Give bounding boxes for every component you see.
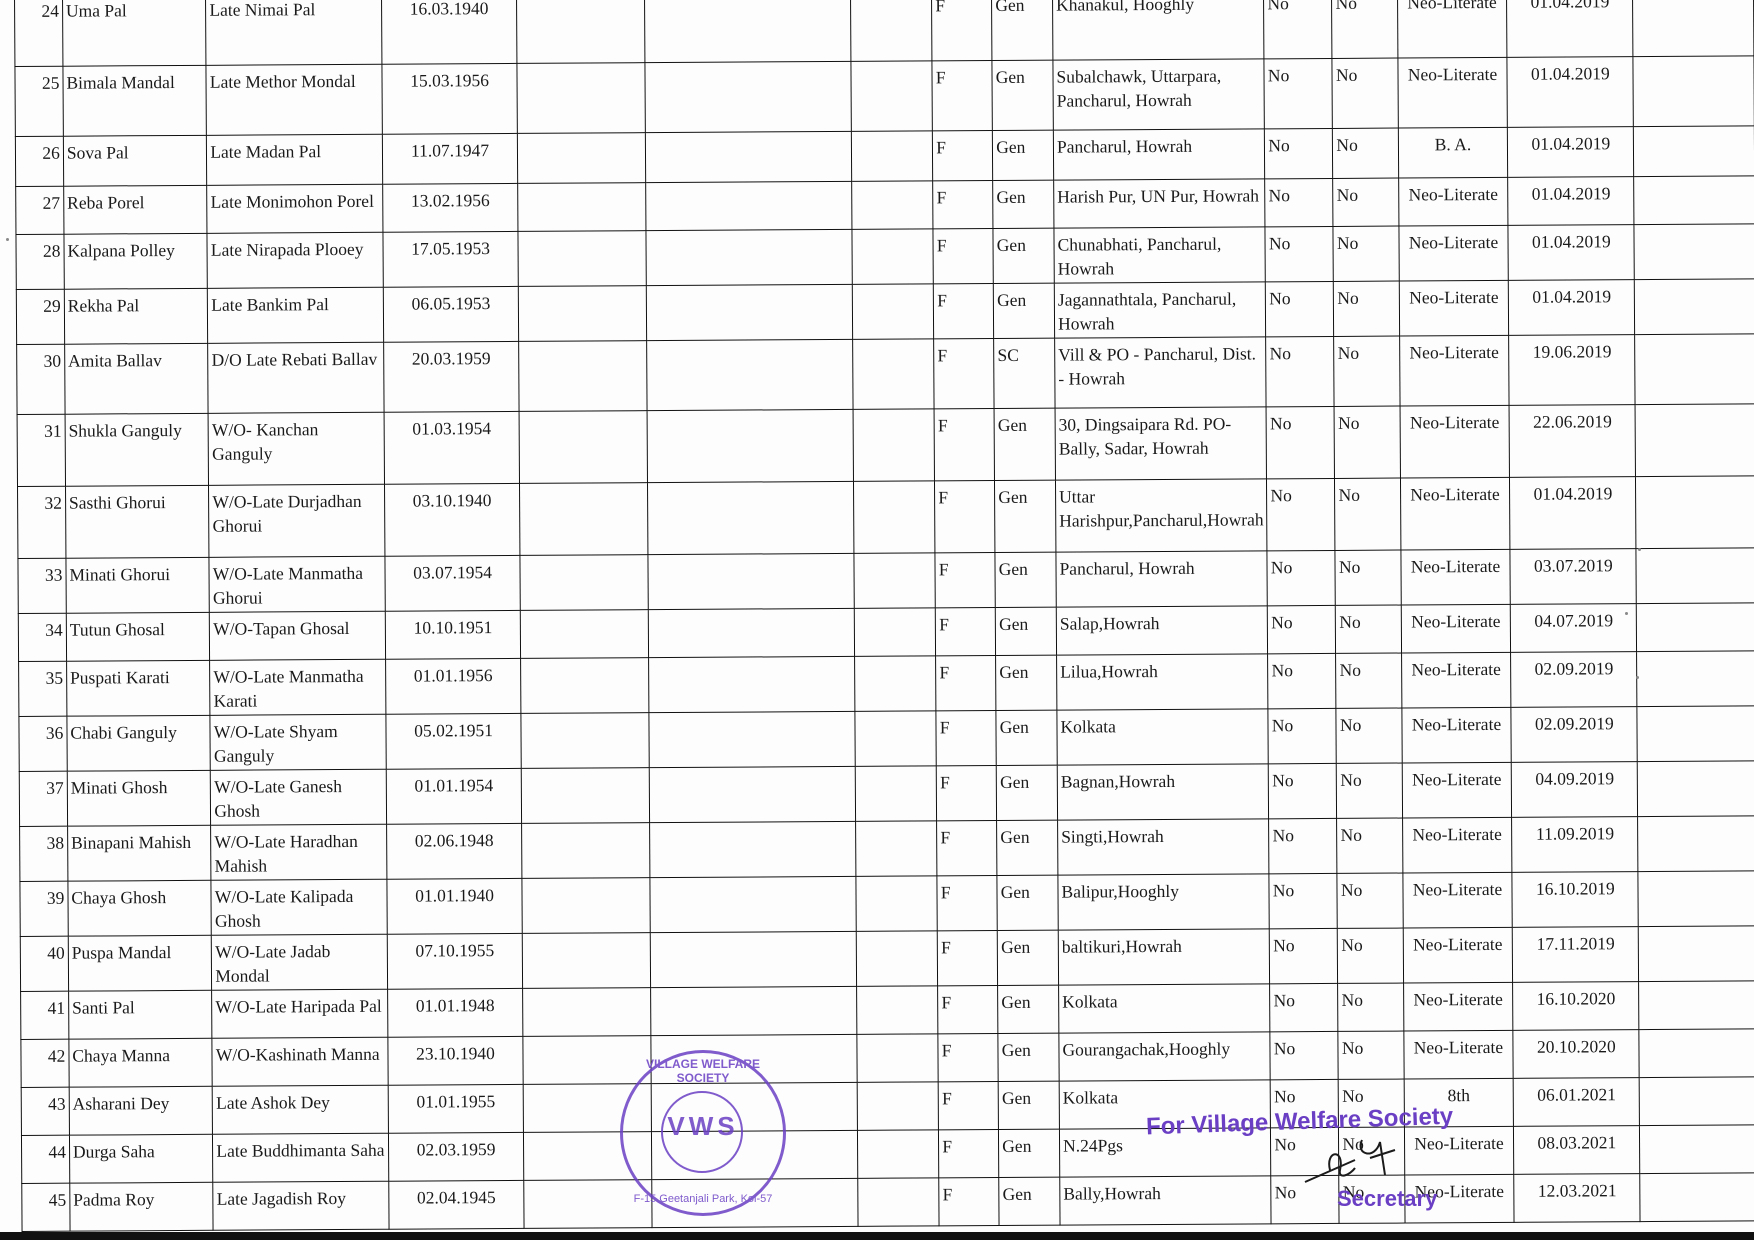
category-cell: Gen [995,607,1056,655]
blank-col-cell [858,1178,940,1226]
date-of-birth-cell: 02.03.1959 [388,1132,524,1181]
admission-date-cell: 01.04.2019 [1508,177,1634,226]
education-cell: Neo-Literate [1403,872,1513,928]
member-name-cell: Sasthi Ghorui [65,485,209,558]
guardian-name-cell: Late Ashok Dey [212,1085,388,1134]
member-name-cell: Sova Pal [63,135,207,186]
member-name-cell: Amita Ballav [64,343,208,414]
col-no-2-cell: No [1335,550,1401,605]
blank-col-cell [854,656,936,711]
remarks-cell [1633,0,1754,57]
category-cell: Gen [996,710,1057,765]
serial-number-cell: 35 [19,661,67,716]
col-no-1-cell: No [1268,653,1336,708]
col-no-2-cell: No [1337,873,1403,928]
serial-number-cell: 38 [20,826,68,881]
remarks-cell [1634,224,1754,280]
guardian-name-cell: Late Nimai Pal [206,0,382,65]
col-no-2-cell: No [1335,478,1401,550]
date-of-birth-cell: 13.02.1956 [382,183,518,232]
guardian-name-cell: D/O Late Rebati Ballav [208,342,384,413]
address-cell: Gourangachak,Hooghly [1059,1032,1271,1081]
date-of-birth-cell: 02.06.1948 [386,823,522,879]
guardian-name-cell: W/O-Late Ganesh Ghosh [211,769,387,825]
blank-col-cell [519,286,647,342]
blank-col-cell [648,409,854,482]
admission-date-cell: 12.03.2021 [1514,1174,1640,1223]
col-no-2-cell: No [1336,653,1402,708]
col-no-1-cell: No [1269,763,1337,818]
category-cell: Gen [998,985,1059,1033]
date-of-birth-cell: 10.10.1951 [385,610,521,659]
serial-number-cell: 45 [22,1183,70,1231]
blank-col-cell [851,131,933,181]
category-cell: Gen [998,1081,1059,1129]
sex-cell: F [937,766,997,821]
blank-col-cell [647,284,853,340]
remarks-cell [1639,981,1754,1030]
education-cell: Neo-Literate [1400,405,1510,478]
member-name-cell: Reba Porel [64,185,208,234]
category-cell: Gen [996,655,1057,710]
blank-col-cell [522,823,650,879]
education-cell: Neo-Literate [1399,280,1509,336]
date-of-birth-cell: 11.07.1947 [382,133,518,184]
blank-col-cell [855,821,937,876]
education-cell: Neo-Literate [1402,817,1512,873]
remarks-cell [1635,334,1754,405]
col-no-1-cell: No [1266,406,1335,478]
sex-cell: F [938,1034,998,1082]
guardian-name-cell: Late Monimohon Porel [207,184,383,233]
col-no-2-cell: No [1337,763,1403,818]
sex-cell: F [939,1178,999,1226]
blank-col-cell [648,553,854,609]
col-no-2-cell: No [1336,708,1402,763]
admission-date-cell: 02.09.2019 [1511,707,1637,763]
sex-cell: F [935,553,995,608]
blank-col-cell [647,339,853,410]
address-cell: Balipur,Hooghly [1058,874,1270,930]
col-no-2-cell: No [1334,406,1400,478]
date-of-birth-cell: 07.10.1955 [387,933,523,989]
blank-col-cell [648,481,854,554]
blank-col-cell [521,713,649,769]
blank-col-cell [852,229,934,284]
admission-date-cell: 16.10.2019 [1512,872,1638,928]
sex-cell: F [934,409,994,481]
date-of-birth-cell: 01.01.1948 [387,988,523,1037]
col-no-2-cell: No [1338,928,1404,983]
date-of-birth-cell: 01.01.1940 [387,878,523,934]
col-no-1-cell: No [1265,128,1333,178]
col-no-2-cell: No [1333,226,1399,281]
blank-col-cell [522,768,650,824]
sex-cell: F [939,1130,999,1178]
remarks-cell [1633,56,1754,127]
member-name-cell: Tutun Ghosal [66,612,210,661]
category-cell: Gen [992,0,1053,61]
blank-col-cell [650,821,856,877]
education-cell: Neo-Literate [1399,335,1509,406]
education-cell: Neo-Literate [1399,225,1509,281]
guardian-name-cell: W/O-Late Kalipada Ghosh [211,879,387,935]
remarks-cell [1637,651,1754,707]
education-cell: Neo-Literate [1398,57,1508,128]
col-no-1-cell: No [1266,336,1335,406]
member-name-cell: Asharani Dey [69,1086,213,1135]
serial-number-cell: 37 [19,771,67,826]
blank-col-cell [855,711,937,766]
blank-col-cell [649,711,855,767]
blank-col-cell [651,986,857,1035]
blank-col-cell [856,876,938,931]
date-of-birth-cell: 06.05.1953 [383,286,519,342]
blank-col-cell [646,181,852,230]
scan-speck [6,238,9,241]
col-no-2-cell: No [1332,58,1398,128]
category-cell: Gen [996,765,1057,820]
education-cell: B. A. [1398,127,1508,178]
blank-col-cell [650,766,856,822]
blank-col-cell [853,481,935,553]
serial-number-cell: 26 [15,136,63,186]
serial-number-cell: 39 [20,881,68,936]
remarks-cell [1640,1077,1754,1126]
serial-number-cell: 41 [21,991,69,1039]
blank-col-cell [518,231,646,287]
guardian-name-cell: W/O-Late Haradhan Mahish [211,824,387,880]
blank-col-cell [520,483,649,556]
remarks-cell [1638,761,1754,817]
col-no-1-cell: No [1265,178,1333,226]
admission-date-cell: 02.09.2019 [1511,652,1637,708]
col-no-1-cell: No [1264,58,1333,128]
address-cell: Pancharul, Howrah [1053,129,1265,180]
blank-col-cell [650,876,856,932]
admission-date-cell: 01.04.2019 [1510,477,1636,550]
category-cell: Gen [993,228,1054,283]
sex-cell: F [936,608,996,656]
table-row: 30Amita BallavD/O Late Rebati Ballav20.0… [17,334,1754,415]
remarks-cell [1634,126,1754,177]
register-rows: 24Uma PalLate Nimai Pal16.03.1940FGenKha… [15,0,1754,1231]
category-cell: Gen [993,180,1054,228]
category-cell: Gen [994,408,1055,480]
remarks-cell [1635,279,1754,335]
date-of-birth-cell: 01.03.1954 [384,411,520,484]
member-name-cell: Padma Roy [70,1182,214,1231]
blank-col-cell [850,0,932,61]
member-name-cell: Chaya Manna [69,1038,213,1087]
member-name-cell: Shukla Ganguly [65,413,209,486]
date-of-birth-cell: 03.07.1954 [385,555,521,611]
blank-col-cell [517,0,646,63]
guardian-name-cell: W/O-Late Jadab Mondal [212,934,388,990]
education-cell: Neo-Literate [1403,927,1513,983]
address-cell: Lilua,Howrah [1057,654,1269,710]
member-name-cell: Uma Pal [62,0,206,66]
member-name-cell: Minati Ghorui [66,557,210,613]
admission-date-cell: 01.04.2019 [1508,225,1634,281]
register-table: 24Uma PalLate Nimai Pal16.03.1940FGenKha… [14,0,1754,1232]
category-cell: SC [994,338,1055,408]
sex-cell: F [932,0,992,61]
serial-number-cell: 40 [20,936,68,991]
blank-col-cell [523,933,651,989]
guardian-name-cell: W/O-Late Manmatha Karati [210,659,386,715]
sex-cell: F [937,821,997,876]
guardian-name-cell: Late Bankim Pal [208,287,384,343]
date-of-birth-cell: 02.04.1945 [388,1180,524,1229]
col-no-1-cell: No [1269,818,1337,873]
address-cell: Pancharul, Howrah [1056,551,1268,607]
date-of-birth-cell: 23.10.1940 [388,1036,524,1085]
blank-col-cell [523,988,651,1037]
serial-number-cell: 43 [21,1087,69,1135]
category-cell: Gen [999,1177,1060,1225]
col-no-2-cell: No [1334,281,1400,336]
col-no-2-cell: No [1337,818,1403,873]
guardian-name-cell: Late Madan Pal [207,134,383,185]
blank-col-cell [517,63,646,134]
member-name-cell: Durga Saha [69,1134,213,1183]
col-no-2-cell: No [1336,605,1402,653]
table-row: 31Shukla GangulyW/O- Kanchan Ganguly01.0… [17,404,1754,487]
col-no-2-cell: No [1338,1031,1404,1079]
table-row: 45Padma RoyLate Jagadish Roy02.04.1945FG… [22,1173,1754,1232]
blank-col-cell [522,878,650,934]
col-no-2-cell: No [1333,178,1399,226]
remarks-cell [1639,1029,1754,1078]
serial-number-cell: 34 [18,613,66,661]
address-cell: Singti,Howrah [1058,819,1270,875]
blank-col-cell [519,411,648,484]
guardian-name-cell: W/O-Kashinath Manna [212,1037,388,1086]
admission-date-cell: 01.04.2019 [1508,127,1634,178]
secretary-label: Secretary [1337,1186,1437,1212]
blank-col-cell [857,1082,939,1130]
address-cell: Vill & PO - Pancharul, Dist. - Howrah [1055,337,1267,408]
member-name-cell: Rekha Pal [64,288,208,344]
sex-cell: F [938,931,998,986]
col-no-2-cell: No [1333,128,1399,178]
category-cell: Gen [993,130,1054,180]
remarks-cell [1636,476,1754,549]
sex-cell: F [932,61,992,131]
blank-col-cell [520,555,648,611]
blank-col-cell [646,131,852,182]
address-cell: Harish Pur, UN Pur, Howrah [1054,179,1266,228]
stamp-address: F-15 Geetanjali Park, Kol-57 [623,1193,783,1205]
scan-speck [1638,548,1641,551]
address-cell: baltikuri,Howrah [1058,929,1270,985]
blank-col-cell [645,0,851,63]
remarks-cell [1638,816,1754,872]
col-no-1-cell: No [1270,928,1338,983]
blank-col-cell [853,409,935,481]
blank-col-cell [856,931,938,986]
date-of-birth-cell: 17.05.1953 [383,231,519,287]
admission-date-cell: 17.11.2019 [1513,927,1639,983]
member-name-cell: Puspa Mandal [68,935,212,991]
guardian-name-cell: Late Buddhimanta Saha [213,1133,389,1182]
blank-col-cell [857,1034,939,1082]
serial-number-cell: 28 [16,234,64,289]
col-no-1-cell: No [1265,226,1333,281]
guardian-name-cell: Late Nirapada Plooey [207,232,383,288]
admission-date-cell: 04.09.2019 [1512,762,1638,818]
guardian-name-cell: W/O-Tapan Ghosal [210,611,386,660]
serial-number-cell: 36 [19,716,67,771]
blank-col-cell [854,553,936,608]
col-no-1-cell: No [1267,550,1335,605]
education-cell: Neo-Literate [1404,1126,1514,1175]
serial-number-cell: 31 [17,414,65,486]
remarks-cell [1636,548,1754,604]
date-of-birth-cell: 01.01.1954 [386,768,522,824]
address-cell: Bally,Howrah [1060,1176,1272,1225]
address-cell: Subalchawk, Uttarpara, Pancharul, Howrah [1053,59,1265,130]
sex-cell: F [933,181,993,229]
address-cell: Khanakul, Hooghly [1052,0,1264,60]
sex-cell: F [934,284,994,339]
guardian-name-cell: W/O- Kanchan Ganguly [208,412,384,485]
member-name-cell: Puspati Karati [66,660,210,716]
blank-col-cell [854,608,936,656]
category-cell: Gen [993,283,1054,338]
scan-edge [0,1232,1754,1240]
category-cell: Gen [999,1129,1060,1177]
date-of-birth-cell: 03.10.1940 [384,483,520,556]
col-no-1-cell: No [1266,281,1334,336]
admission-date-cell: 11.09.2019 [1512,817,1638,873]
serial-number-cell: 33 [18,558,66,613]
category-cell: Gen [992,60,1053,130]
guardian-name-cell: Late Jagadish Roy [213,1181,389,1230]
education-cell: Neo-Literate [1401,549,1511,605]
col-no-1-cell: No [1267,478,1336,550]
admission-date-cell: 22.06.2019 [1509,405,1635,478]
blank-col-cell [851,61,933,131]
member-name-cell: Minati Ghosh [67,770,211,826]
blank-col-cell [519,341,648,412]
remarks-cell [1637,706,1754,762]
guardian-name-cell: W/O-Late Durjadhan Ghorui [209,484,385,557]
serial-number-cell: 42 [21,1039,69,1087]
education-cell: Neo-Literate [1402,707,1512,763]
serial-number-cell: 30 [17,344,65,414]
remarks-cell [1640,1173,1754,1222]
education-cell: Neo-Literate [1397,0,1507,58]
blank-col-cell [646,229,852,285]
serial-number-cell: 44 [21,1135,69,1183]
col-no-1-cell: No [1268,708,1336,763]
date-of-birth-cell: 01.01.1956 [385,658,521,714]
blank-col-cell [852,181,934,229]
serial-number-cell: 32 [18,486,66,558]
education-cell: Neo-Literate [1402,762,1512,818]
admission-date-cell: 04.07.2019 [1511,604,1637,653]
scanned-document: 24Uma PalLate Nimai Pal16.03.1940FGenKha… [0,0,1754,1240]
blank-col-cell [521,610,649,659]
serial-number-cell: 25 [15,66,63,136]
col-no-1-cell: No [1264,0,1333,59]
category-cell: Gen [997,820,1058,875]
scan-speck [1636,676,1639,679]
guardian-name-cell: W/O-Late Manmatha Ghorui [209,556,385,612]
member-name-cell: Chaya Ghosh [68,880,212,936]
date-of-birth-cell: 20.03.1959 [383,341,519,412]
sex-cell: F [936,711,996,766]
remarks-cell [1638,871,1754,927]
guardian-name-cell: W/O-Late Shyam Ganguly [210,714,386,770]
remarks-cell [1634,176,1754,225]
category-cell: Gen [997,875,1058,930]
address-cell: Jagannathtala, Pancharul, Howrah [1054,282,1266,338]
blank-col-cell [518,133,646,184]
date-of-birth-cell: 16.03.1940 [381,0,517,64]
address-cell: Chunabhati, Pancharul, Howrah [1054,227,1266,283]
blank-col-cell [649,656,855,712]
category-cell: Gen [995,480,1056,552]
serial-number-cell: 24 [15,0,63,66]
member-name-cell: Kalpana Polley [64,233,208,289]
signature-icon [1300,1130,1420,1190]
admission-date-cell: 20.10.2020 [1513,1030,1639,1079]
member-name-cell: Santi Pal [68,990,212,1039]
category-cell: Gen [995,552,1056,607]
admission-date-cell: 06.01.2021 [1513,1078,1639,1127]
col-no-1-cell: No [1269,873,1337,928]
remarks-cell [1640,1125,1754,1174]
admission-date-cell: 01.04.2019 [1507,57,1633,128]
col-no-2-cell: No [1334,336,1400,406]
society-stamp: VILLAGE WELFARE SOCIETY VWS F-15 Geetanj… [620,1050,786,1216]
col-no-1-cell: No [1270,983,1338,1031]
blank-col-cell [521,658,649,714]
blank-col-cell [853,339,935,409]
admission-date-cell: 08.03.2021 [1514,1126,1640,1175]
blank-col-cell [852,284,934,339]
address-cell: Uttar Harishpur,Pancharul,Howrah [1055,479,1267,552]
blank-col-cell [645,61,851,132]
address-cell: Kolkata [1057,709,1269,765]
admission-date-cell: 16.10.2020 [1513,982,1639,1031]
sex-cell: F [934,339,994,409]
address-cell: Bagnan,Howrah [1057,764,1269,820]
remarks-cell [1635,404,1754,477]
col-no-2-cell: No [1332,0,1398,58]
blank-col-cell [651,931,857,987]
sex-cell: F [936,656,996,711]
guardian-name-cell: Late Methor Mondal [206,64,382,135]
table-row: 25Bimala MandalLate Methor Mondal15.03.1… [15,56,1754,137]
stamp-org-name: VILLAGE WELFARE SOCIETY [623,1057,783,1085]
sex-cell: F [935,481,995,553]
admission-date-cell: 19.06.2019 [1509,335,1635,406]
date-of-birth-cell: 01.01.1955 [388,1084,524,1133]
member-name-cell: Binapani Mahish [67,825,211,881]
admission-date-cell: 01.04.2019 [1509,280,1635,336]
address-cell: 30, Dingsaipara Rd. PO- Bally, Sadar, Ho… [1055,407,1267,480]
stamp-initials: VWS [623,1111,783,1142]
category-cell: Gen [998,1033,1059,1081]
address-cell: Salap,Howrah [1056,606,1268,655]
blank-col-cell [649,608,855,657]
blank-col-cell [856,986,938,1034]
blank-col-cell [857,1130,939,1178]
